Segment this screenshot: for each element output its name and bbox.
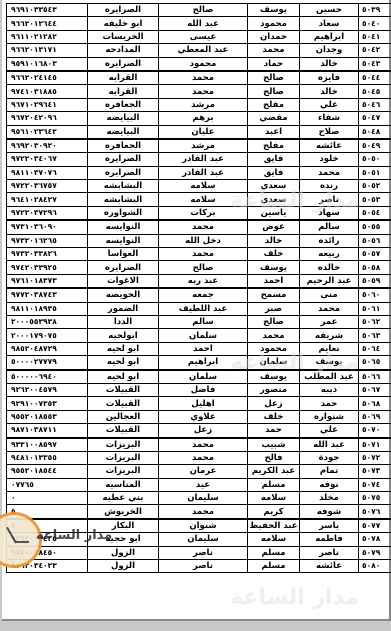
cell-grand: احمد — [159, 342, 248, 355]
table-row: ٥٠٨٠عائشهمسلمناصرالزول٩٧٦٢٠٣٤٠٢٣ — [7, 560, 391, 573]
cell-num: ٥٠٥٥ — [359, 220, 391, 234]
records-table: ٥٠٣٩حسينيوسفصالحالصرايره٩٦٩١٠٣٣٥٤٣٥٠٤٠سع… — [6, 3, 391, 573]
cell-first: منى — [300, 288, 359, 302]
table-row: ٥٠٥٥سالمعوضمحمدالنوايسه٩٧٣١٠٣٦٠٩٠ — [7, 220, 391, 234]
cell-first: علي — [300, 424, 359, 438]
cell-phone: ٩٥٥٢٠١٨٥٥٣ — [7, 410, 88, 423]
logo-text: مدار الساعة — [36, 528, 112, 543]
cell-clan: الصرايره — [88, 261, 159, 274]
cell-grand: عبد القادر — [159, 153, 248, 166]
cell-phone: ٩٧٤٢٠٣٣٩٢٥ — [7, 261, 88, 274]
cell-phone: ٩٢٩١٠٠٧٣٥٣ — [7, 397, 88, 410]
cell-clan: البشابشه — [88, 180, 159, 193]
cell-num: ٥٠٤٩ — [359, 139, 391, 153]
cell-phone: ٩٦٦٢٠١٣١٧١ — [7, 44, 88, 57]
cell-num: ٥٠٦٤ — [359, 342, 391, 355]
cell-phone: ٩٢٦٢٠٠٤٥٧٩ — [7, 383, 88, 396]
cell-grand: اهليل — [159, 397, 248, 410]
cell-first: محمد — [300, 166, 359, 179]
cell-num: ٥٠٦٨ — [359, 397, 391, 410]
cell-grand: عبد ربه — [159, 274, 248, 288]
cell-father: حماد — [248, 57, 300, 71]
cell-clan: القرايه — [88, 85, 159, 98]
records-table-body: ٥٠٣٩حسينيوسفصالحالصرايره٩٦٩١٠٣٣٥٤٣٥٠٤٠سع… — [7, 4, 391, 573]
cell-clan: الخريوش — [88, 505, 159, 519]
cell-first: وجدان — [300, 44, 359, 57]
cell-num: ٥٠٦٥ — [359, 356, 391, 370]
cell-father: صبر — [248, 302, 300, 315]
clock-hand — [15, 541, 29, 543]
table-row: ٥٠٦٩شنوارهخلفعلاويالعجالين٩٥٥٢٠١٨٥٥٣ — [7, 410, 391, 423]
cell-clan: النوايسه — [88, 220, 159, 234]
cell-grand: محمد — [159, 85, 248, 98]
cell-num: ٥٠٤٥ — [359, 85, 391, 98]
cell-num: ٥٠٥٤ — [359, 206, 391, 220]
cell-father: شبيب — [248, 438, 300, 452]
table-row: ٥٠٥٤سهادياسينبركاتالشواوره٩٧٢٢٠٣٧٢٩٦ — [7, 206, 391, 220]
cell-num: ٥٠٨٠ — [359, 560, 391, 573]
cell-grand: محمد — [159, 438, 248, 452]
cell-first: خالد — [300, 57, 359, 71]
cell-phone: ٩٧٣٢٠٣٣٨٢٦ — [7, 248, 88, 261]
cell-grand: ناصر — [159, 560, 248, 573]
cell-first: علي — [300, 98, 359, 111]
cell-first: فاطمه — [300, 533, 359, 546]
cell-num: ٥٠٤٣ — [359, 57, 391, 71]
cell-grand: دخل الله — [159, 234, 248, 247]
cell-grand: مرشد — [159, 139, 248, 153]
cell-father: عوض — [248, 220, 300, 234]
cell-phone: ٢٠٠٠١٧٩٠٧٥ — [7, 329, 88, 342]
cell-clan: القبيلات — [88, 397, 159, 410]
cell-phone: ٩٧٦١٠١٨٣٧٣ — [7, 274, 88, 288]
cell-clan: بني عطيه — [88, 492, 159, 505]
cell-phone: ٩٧٢٢٠٣٤٠٦٧ — [7, 153, 88, 166]
cell-father: محمود — [248, 17, 300, 30]
cell-grand: ناصر — [159, 546, 248, 559]
cell-first: شوفه — [300, 505, 359, 519]
cell-first: عائشه — [300, 139, 359, 153]
cell-phone: ٠ — [7, 492, 88, 505]
cell-clan: النوايسه — [88, 234, 159, 247]
cell-phone: ٥٠٠٠٠٠٦٩٤٠ — [7, 370, 88, 384]
cell-grand: جمعه — [159, 288, 248, 302]
table-row: ٥٠٦٢عمرصالحسالمالددا٢٠٠٠٥٥٣٩٣٨ — [7, 315, 391, 328]
cell-father: مسمح — [248, 288, 300, 302]
cell-phone: ٩٦١١٠٢١٢٨٢ — [7, 30, 88, 43]
cell-phone: ٠٧٧٦٥ — [7, 478, 88, 491]
cell-phone: ٩٧٣١٠٣٦٠٩٠ — [7, 220, 88, 234]
cell-num: ٥٠٦٩ — [359, 410, 391, 423]
cell-num: ٥٠٧٧ — [359, 519, 391, 533]
table-row: ٥٠٧٠عليحمدزعلالقبيلات٩٨٧١٠٣٨٧١١ — [7, 424, 391, 438]
cell-clan: الحويصه — [88, 288, 159, 302]
cell-clan: الصرايره — [88, 4, 159, 17]
table-row: ٥٠٧٥مخلدسلامهسليمانبني عطيه٠ — [7, 492, 391, 505]
cell-clan: البيايضه — [88, 112, 159, 125]
table-row: ٥٠٦٤نعايممحموداحمدابو لحيه٩٨٥٢٠٤٨٧٢٩ — [7, 342, 391, 355]
cell-grand: محمد — [159, 451, 248, 464]
cell-phone: ٩٨١١٠١٨٩٣٥ — [7, 302, 88, 315]
cell-phone: ٩٨٧١٠٣٨٧١١ — [7, 424, 88, 438]
table-row: ٥٠٦٨حمدزعلاهليلالقبيلات٩٢٩١٠٠٧٣٥٣ — [7, 397, 391, 410]
cell-grand: سليمان — [159, 492, 248, 505]
cell-grand: صالح — [159, 261, 248, 274]
cell-num: ٥٠٥٩ — [359, 274, 391, 288]
cell-num: ٥٠٧٩ — [359, 546, 391, 559]
table-row: ٥٠٦٠منىمسمحجمعهالحويصه٩٧٧٢٠٣٨٧٤٣ — [7, 288, 391, 302]
cell-clan: الاغوات — [88, 274, 159, 288]
cell-clan: الجعافره — [88, 98, 159, 111]
cell-father: مقضي — [248, 112, 300, 125]
cell-grand: مرشد — [159, 98, 248, 111]
cell-num: ٥٠٤١ — [359, 30, 391, 43]
cell-num: ٥٠٦١ — [359, 302, 391, 315]
table-row: ٥٠٤٥خالدصالحمحمدالقرايه٩٧٤١٠٣١٨٨٥ — [7, 85, 391, 98]
cell-father: فالح — [248, 451, 300, 464]
cell-phone: ٩٥٥٢٠١٨٥٤٤ — [7, 465, 88, 478]
cell-phone: ٩٦٧١٠٢٩٦٤١ — [7, 98, 88, 111]
cell-clan: القبيلات — [88, 424, 159, 438]
cell-num: ٥٠٥٢ — [359, 180, 391, 193]
table-row: ٥٠٦٣شريفهمحمدسلمانابولحيه٢٠٠٠١٧٩٠٧٥ — [7, 329, 391, 342]
cell-father: سلامه — [248, 533, 300, 546]
cell-father: حمدان — [248, 30, 300, 43]
table-row: ٥٠٧٩ناصرمسلمناصرالزول٩٧٨١٠٣٨٤٥٠ — [7, 546, 391, 559]
cell-clan: الزول — [88, 560, 159, 573]
cell-phone: ٥٠٠٠٠٢٧٧٧٩ — [7, 356, 88, 370]
table-row: ٥٠٧٣تمامعبد الكريمعرمانالبريزات٩٥٥٢٠١٨٥٤… — [7, 465, 391, 478]
table-row: ٥٠٧٤نوفهمسلمعيدالمناسيه٠٧٧٦٥ — [7, 478, 391, 491]
cell-grand: سلمان — [159, 370, 248, 384]
table-row: ٥٠٥٨خالدهيوسفصالحالصرايره٩٧٤٢٠٣٣٩٢٥ — [7, 261, 391, 274]
cell-phone: ٩٦٤١٠٢٨٤٢٧ — [7, 193, 88, 206]
table-row: ٥٠٧٢جودةفالحمحمدالبريزات٩٤٨١٠١٣٣٥٥ — [7, 451, 391, 464]
cell-first: خالده — [300, 261, 359, 274]
cell-first: سهاد — [300, 206, 359, 220]
cell-num: ٥٠٧٤ — [359, 478, 391, 491]
table-row: ٥٠٣٩حسينيوسفصالحالصرايره٩٦٩١٠٣٣٥٤٣ — [7, 4, 391, 17]
cell-phone: ٩٦٩١٠٣٣٥٤٣ — [7, 4, 88, 17]
table-row: ٥٠٦١محمدصبرعبد اللطيفالضمور٩٨١١٠١٨٩٣٥ — [7, 302, 391, 315]
cell-clan: البشابشه — [88, 193, 159, 206]
cell-num: ٥٠٥٧ — [359, 248, 391, 261]
table-row: ٥٠٤٧شفاءمقضيبرهمالبيايضه٩٦٧٢٠٤٢٠٩٦ — [7, 112, 391, 125]
cell-father: سعدي — [248, 193, 300, 206]
cell-first: شفاء — [300, 112, 359, 125]
cell-first: ناصر — [300, 546, 359, 559]
cell-phone: ٩٦٦٢٠٢٤١٤٥ — [7, 71, 88, 85]
cell-first: عبد الرحيم — [300, 274, 359, 288]
cell-grand: عليان — [159, 125, 248, 139]
cell-phone: ٩٦٩٢٠٣٠٩٢٠ — [7, 139, 88, 153]
cell-clan: البريزات — [88, 438, 159, 452]
cell-first: تمام — [300, 465, 359, 478]
cell-num: ٥٠٤٢ — [359, 44, 391, 57]
table-row: ٥٠٥٩عبد الرحيماحمدعبد ربهالاغوات٩٧٦١٠١٨٣… — [7, 274, 391, 288]
cell-first: نوفه — [300, 478, 359, 491]
table-row: ٥٠٤٢وجدانمحمدعبد المعطيالمدادحه٩٦٦٢٠١٣١٧… — [7, 44, 391, 57]
cell-first: ياسر — [300, 519, 359, 533]
cell-father: سلمان — [248, 356, 300, 370]
cell-num: ٥٠٦٧ — [359, 383, 391, 396]
cell-num: ٥٠٤٠ — [359, 17, 391, 30]
cell-clan: الصرايره — [88, 166, 159, 179]
cell-father: خلف — [248, 410, 300, 423]
cell-num: ٥٠٦٠ — [359, 288, 391, 302]
cell-father: فايق — [248, 153, 300, 166]
cell-father: سلامه — [248, 492, 300, 505]
table-row: ٥٠٦٥يوسفسلمانابراهيمابو لحيه٥٠٠٠٠٢٧٧٧٩ — [7, 356, 391, 370]
cell-first: رائده — [300, 234, 359, 247]
table-row: ٥٠٤٦عليمفلحمرشدالجعافره٩٦٧١٠٢٩٦٤١ — [7, 98, 391, 111]
cell-father: مفلح — [248, 139, 300, 153]
table-row: ٥٠٤٠سعادمحمودعبد اللهابو خليفه٩٦٦٢٠١٢٦٤٤ — [7, 17, 391, 30]
cell-phone: ٩٤٨١٠١٣٣٥٥ — [7, 451, 88, 464]
table-row: ٥٠٥٢رندهسعديسلامهالبشابشه٩٧٢٢٠٣٦٧٥٧ — [7, 180, 391, 193]
cell-grand: محمد — [159, 71, 248, 85]
cell-father: يوسف — [248, 261, 300, 274]
cell-num: ٥٠٥٦ — [359, 234, 391, 247]
table-row: ٥٠٧٦شوفهكريممحمدالخريوش٥ — [7, 505, 391, 519]
cell-first: عبد الله — [300, 438, 359, 452]
cell-father: صالح — [248, 315, 300, 328]
cell-first: سعاد — [300, 17, 359, 30]
cell-clan: البريزات — [88, 465, 159, 478]
table-row: ٥٠٥٠خلودفايقعبد القادرالصرايره٩٧٢٢٠٣٤٠٦٧ — [7, 153, 391, 166]
cell-first: ناصر — [300, 193, 359, 206]
cell-phone: ٩٦٧٢٠٤٢٠٩٦ — [7, 112, 88, 125]
cell-grand: محمد — [159, 505, 248, 519]
table-row: ٥٠٦٦عبد المطلبيوسفسلمانابو لحيه٥٠٠٠٠٠٦٩٤… — [7, 370, 391, 384]
cell-father: سعدي — [248, 180, 300, 193]
cell-clan: ابولحيه — [88, 329, 159, 342]
cell-num: ٥٠٤٦ — [359, 98, 391, 111]
cell-num: ٥٠٧٥ — [359, 492, 391, 505]
cell-num: ٥٠٧١ — [359, 438, 391, 452]
cell-first: حسين — [300, 4, 359, 17]
cell-num: ٥٠٦٣ — [359, 329, 391, 342]
cell-first: ابراهيم — [300, 30, 359, 43]
cell-phone: ٩٧٧٢٠٣٨٧٤٣ — [7, 288, 88, 302]
cell-num: ٥٠٦٢ — [359, 315, 391, 328]
cell-phone: ٢٠٠٠٥٥٣٩٣٨ — [7, 315, 88, 328]
cell-first: خلود — [300, 153, 359, 166]
cell-father: محمد — [248, 329, 300, 342]
cell-num: ٥٠٥٠ — [359, 153, 391, 166]
cell-phone: ٩٧٢٢٠٣٦٧٥٧ — [7, 180, 88, 193]
cell-phone: ٩٧٣٢٠١٦٢٦٥ — [7, 234, 88, 247]
cell-grand: فاضل — [159, 383, 248, 396]
cell-grand: سليمان — [159, 533, 248, 546]
cell-clan: ابو لحيه — [88, 342, 159, 355]
cell-clan: العواسا — [88, 248, 159, 261]
cell-grand: سالم — [159, 315, 248, 328]
cell-first: محمد — [300, 302, 359, 315]
cell-phone: ٩٨٥٢٠٤٨٧٢٩ — [7, 342, 88, 355]
cell-clan: الخريسات — [88, 30, 159, 43]
cell-clan: ابو خليفه — [88, 17, 159, 30]
cell-phone: ٩٥٦١٠٢٣٦٤٢ — [7, 125, 88, 139]
cell-grand: عيد — [159, 478, 248, 491]
cell-grand: محمود — [159, 57, 248, 71]
table-row: ٥٠٥٧ربيعهخلفمحمدالعواسا٩٧٣٢٠٣٣٨٢٦ — [7, 248, 391, 261]
table-row: ٥٠٤٤فايزهصالحمحمدالقرايه٩٦٦٢٠٢٤١٤٥ — [7, 71, 391, 85]
cell-grand: عرمان — [159, 465, 248, 478]
cell-father: محمد — [248, 44, 300, 57]
cell-grand: سلامه — [159, 180, 248, 193]
cell-grand: سلامه — [159, 193, 248, 206]
cell-grand: شنوان — [159, 519, 248, 533]
cell-first: حمد — [300, 397, 359, 410]
table-row: ٥٠٧١عبد اللهشبيبمحمدالبريزات٩٣٣١٠٠٨٥٩٧ — [7, 438, 391, 452]
cell-father: يوسف — [248, 370, 300, 384]
table-row: ٥٠٤٨صلاحاعبدعليانالبيايضه٩٥٦١٠٢٣٦٤٢ — [7, 125, 391, 139]
cell-clan: البريزات — [88, 451, 159, 464]
cell-father: مسلم — [248, 546, 300, 559]
table-row: ٥٠٤١ابراهيمحمدانعيسىالخريسات٩٦١١٠٢١٢٨٢ — [7, 30, 391, 43]
cell-grand: علاوي — [159, 410, 248, 423]
cell-num: ٥٠٧٨ — [359, 533, 391, 546]
cell-num: ٥٠٤٤ — [359, 71, 391, 85]
cell-grand: سلمان — [159, 329, 248, 342]
cell-father: احمد — [248, 274, 300, 288]
cell-first: مخلد — [300, 492, 359, 505]
cell-num: ٥٠٧٣ — [359, 465, 391, 478]
cell-grand: عيسى — [159, 30, 248, 43]
cell-grand: عبد المعطي — [159, 44, 248, 57]
cell-father: خالد — [248, 234, 300, 247]
cell-father: خلف — [248, 248, 300, 261]
cell-father: زعل — [248, 397, 300, 410]
table-row: ٥٠٦٧ذيبهمنصورفاضلالقبيلات٩٢٦٢٠٠٤٥٧٩ — [7, 383, 391, 396]
cell-father: فايق — [248, 166, 300, 179]
cell-clan: الصرايره — [88, 153, 159, 166]
cell-father: عبد الحفيظ — [248, 519, 300, 533]
cell-num: ٥٠٥١ — [359, 166, 391, 179]
cell-clan: الجعافره — [88, 139, 159, 153]
cell-clan: القبيلات — [88, 383, 159, 396]
cell-father: عبد الكريم — [248, 465, 300, 478]
cell-phone: ٩٥٩١٠١٦٨٠٣ — [7, 57, 88, 71]
watermark: مدار الساعة — [230, 585, 359, 610]
cell-grand: زعل — [159, 424, 248, 438]
cell-num: ٥٠٧٢ — [359, 451, 391, 464]
cell-father: صالح — [248, 85, 300, 98]
cell-phone: ٩٧٤١٠٣١٨٨٥ — [7, 85, 88, 98]
cell-clan: الصرايره — [88, 57, 159, 71]
cell-first: عائشه — [300, 560, 359, 573]
cell-father: صالح — [248, 71, 300, 85]
cell-first: رنده — [300, 180, 359, 193]
cell-father: حمد — [248, 424, 300, 438]
cell-clan: ابو لحيه — [88, 370, 159, 384]
cell-num: ٥٠٧٠ — [359, 424, 391, 438]
cell-grand: صالح — [159, 4, 248, 17]
cell-clan: البيايضه — [88, 125, 159, 139]
cell-grand: محمد — [159, 248, 248, 261]
table-row: ٥٠٥٦رائدهخالددخل اللهالنوايسه٩٧٣٢٠١٦٢٦٥ — [7, 234, 391, 247]
cell-clan: المدادحه — [88, 44, 159, 57]
cell-father: كريم — [248, 505, 300, 519]
cell-grand: محمد — [159, 220, 248, 234]
cell-first: شريفه — [300, 329, 359, 342]
cell-first: ربيعه — [300, 248, 359, 261]
cell-grand: برهم — [159, 112, 248, 125]
cell-first: جودة — [300, 451, 359, 464]
cell-first: يوسف — [300, 356, 359, 370]
cell-grand: عبد الله — [159, 17, 248, 30]
cell-father: مفلح — [248, 98, 300, 111]
cell-num: ٥٠٤٧ — [359, 112, 391, 125]
cell-clan: الشواوره — [88, 206, 159, 220]
cell-clan: الددا — [88, 315, 159, 328]
cell-num: ٥٠٣٩ — [359, 4, 391, 17]
cell-clan: الزول — [88, 546, 159, 559]
cell-clan: العجالين — [88, 410, 159, 423]
cell-num: ٥٠٤٨ — [359, 125, 391, 139]
cell-first: خالد — [300, 85, 359, 98]
cell-first: فايزه — [300, 71, 359, 85]
cell-first: عمر — [300, 315, 359, 328]
cell-father: مسلم — [248, 560, 300, 573]
cell-father: محمود — [248, 342, 300, 355]
cell-clan: ابو لحيه — [88, 356, 159, 370]
cell-phone: ٩٧٢٢٠٣٧٢٩٦ — [7, 206, 88, 220]
cell-father: ياسين — [248, 206, 300, 220]
cell-clan: الضمور — [88, 302, 159, 315]
table-row: ٥٠٥١محمدفايقعبد القادرالصرايره٩٨١١٠٣٧٠٧٦ — [7, 166, 391, 179]
cell-father: اعبد — [248, 125, 300, 139]
cell-num: ٥٠٧٦ — [359, 505, 391, 519]
cell-first: شنواره — [300, 410, 359, 423]
cell-num: ٥٠٦٦ — [359, 370, 391, 384]
cell-phone: ٩٨١١٠٣٧٠٧٦ — [7, 166, 88, 179]
cell-grand: ابراهيم — [159, 356, 248, 370]
cell-first: سالم — [300, 220, 359, 234]
cell-father: يوسف — [248, 4, 300, 17]
cell-first: نعايم — [300, 342, 359, 355]
cell-clan: المناسيه — [88, 478, 159, 491]
cell-phone: ٩٣٣١٠٠٨٥٩٧ — [7, 438, 88, 452]
cell-father: مسلم — [248, 478, 300, 491]
cell-grand: عبد اللطيف — [159, 302, 248, 315]
cell-phone: ٩٦٦٢٠١٢٦٤٤ — [7, 17, 88, 30]
cell-grand: عبد القادر — [159, 166, 248, 179]
cell-first: ذيبه — [300, 383, 359, 396]
cell-num: ٥٠٥٣ — [359, 193, 391, 206]
table-row: ٥٠٤٣خالدحمادمحمودالصرايره٩٥٩١٠١٦٨٠٣ — [7, 57, 391, 71]
cell-first: عبد المطلب — [300, 370, 359, 384]
cell-first: صلاح — [300, 125, 359, 139]
table-row: ٥٠٤٩عائشهمفلحمرشدالجعافره٩٦٩٢٠٣٠٩٢٠ — [7, 139, 391, 153]
cell-grand: بركات — [159, 206, 248, 220]
cell-clan: القرايه — [88, 71, 159, 85]
table-row: ٥٠٥٣ناصرسعديسلامهالبشابشه٩٦٤١٠٢٨٤٢٧ — [7, 193, 391, 206]
cell-father: منصور — [248, 383, 300, 396]
cell-num: ٥٠٥٨ — [359, 261, 391, 274]
